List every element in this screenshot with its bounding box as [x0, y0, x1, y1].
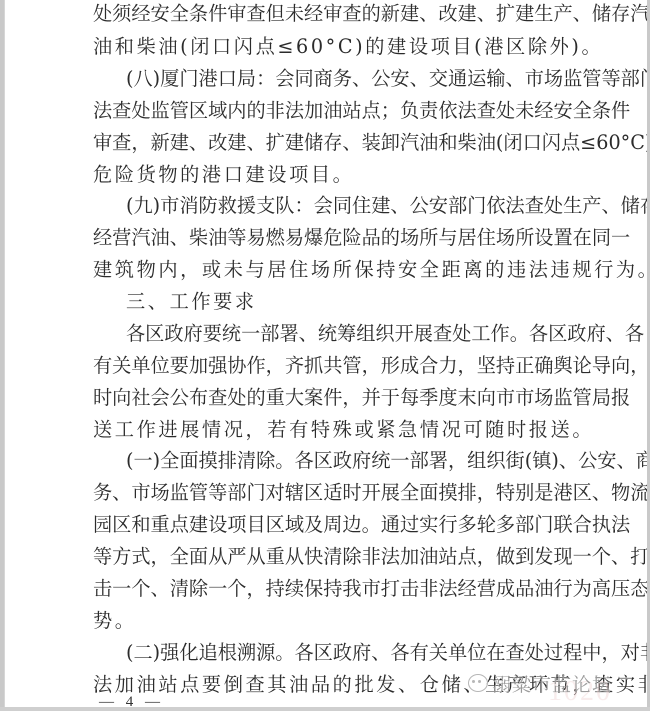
text-line: 时向社会公布查处的重大案件，并于每季度末向市市场监管局报 [93, 384, 565, 412]
text-line: 审查，新建、改建、扩建储存、装卸汽油和柴油(闭口闪点≤60°C)等 [93, 129, 565, 157]
text-line: 建筑物内，或未与居住场所保持安全距离的违法违规行为。 [93, 256, 565, 284]
text-line: 务、市场监管等部门对辖区适时开展全面摸排，特别是港区、物流 [93, 479, 565, 507]
text-line: 油和柴油(闭口闪点≤60°C)的建设项目(港区除外)。 [93, 33, 565, 61]
section-heading: 三、工作要求 [126, 288, 565, 316]
text-line: 送工作进展情况，若有特殊或紧急情况可随时报送。 [93, 416, 565, 444]
text-line: 各区政府要统一部署、统筹组织开展查处工作。各区政府、各 [126, 320, 565, 348]
watermark: 溺粱市监论坛 [468, 671, 612, 695]
text-line: 经营汽油、柴油等易燃易爆危险品的场所与居住场所设置在同一 [93, 224, 565, 252]
text-line: (一)全面摸排清除。各区政府统一部署，组织街(镇)、公安、商 [126, 447, 565, 475]
watermark-text: 溺粱市监论坛 [492, 670, 612, 697]
text-line: (八)厦门港口局：会同商务、公安、交通运输、市场监管等部门依 [126, 65, 565, 93]
text-line: 处须经安全条件审查但未经审查的新建、改建、扩建生产、储存汽 [93, 0, 565, 28]
text-line: 等方式，全面从严从重从快清除非法加油站点，做到发现一个、打 [93, 543, 565, 571]
text-line: 击一个、清除一个，持续保持我市打击非法经营成品油行为高压态 [93, 575, 565, 603]
text-line: 法查处监管区域内的非法加油站点；负责依法查处未经安全条件 [93, 97, 565, 125]
text-line: 势。 [93, 607, 565, 635]
text-line: 有关单位要加强协作，齐抓共管，形成合力，坚持正确舆论导向，适 [93, 352, 565, 380]
text-line: (九)市消防救援支队：会同住建、公安部门依法查处生产、储存、 [126, 192, 565, 220]
text-line: (二)强化追根溯源。各区政府、各有关单位在查处过程中，对非 [126, 639, 565, 667]
document-page: 处须经安全条件审查但未经审查的新建、改建、扩建生产、储存汽 油和柴油(闭口闪点≤… [4, 0, 649, 707]
text-line: 园区和重点建设项目区域及周边。通过实行多轮多部门联合执法 [93, 511, 565, 539]
text-line: 危险货物的港口建设项目。 [93, 161, 565, 189]
page-bottom-edge [0, 707, 650, 711]
wechat-icon [468, 674, 488, 692]
